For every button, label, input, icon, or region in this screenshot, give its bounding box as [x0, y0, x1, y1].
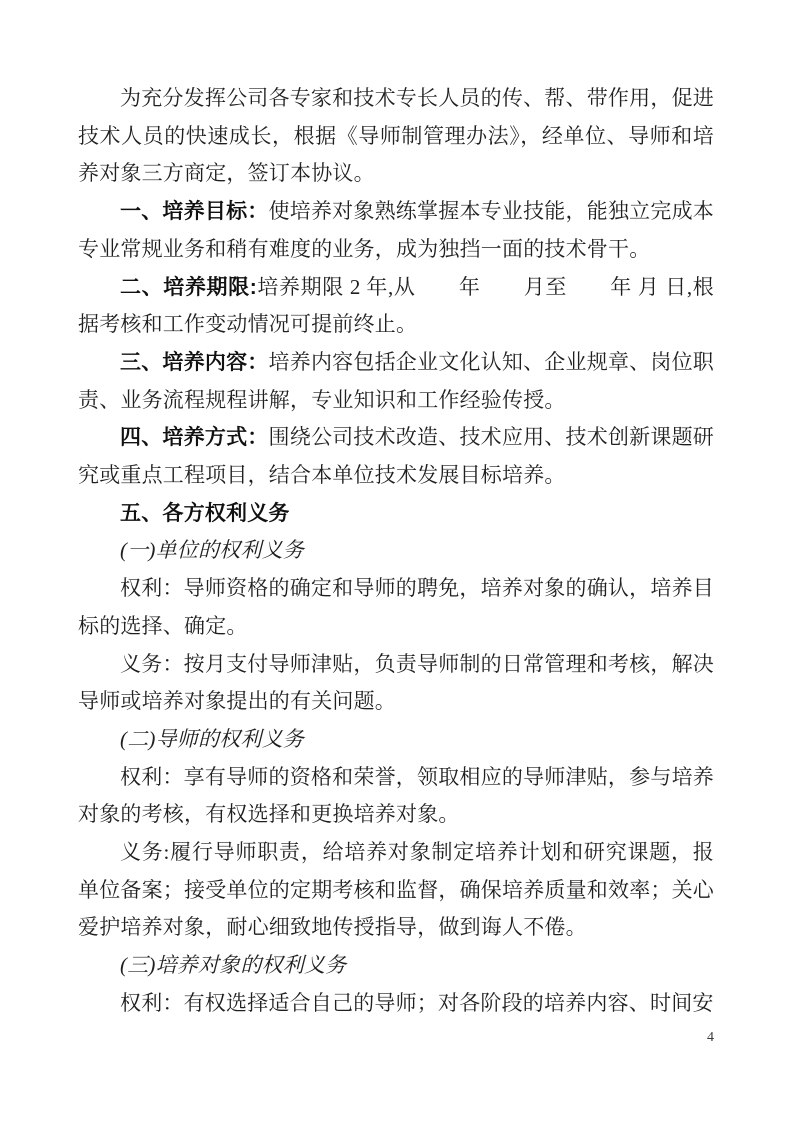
section-training-period: 二、培养期限:培养期限 2 年,从 年 月至 年 月 日,根据考核和工作变动情况… — [78, 269, 714, 344]
subsection-mentor-rights: (二)导师的权利义务 — [78, 721, 714, 759]
section-heading: 二、培养期限: — [120, 276, 257, 299]
document-body: 为充分发挥公司各专家和技术专长人员的传、帮、带作用，促进技术人员的快速成长，根据… — [78, 80, 714, 1023]
paragraph-text: 义务：按月支付导师津贴，负责导师制的日常管理和考核，解决导师或培养对象提出的有关… — [78, 652, 714, 714]
page-number: 4 — [78, 1030, 714, 1046]
paragraph-preamble: 为充分发挥公司各专家和技术专长人员的传、帮、带作用，促进技术人员的快速成长，根据… — [78, 80, 714, 193]
section-rights-obligations: 五、各方权利义务 — [78, 495, 714, 533]
section-training-content: 三、培养内容：培养内容包括企业文化认知、企业规章、岗位职责、业务流程规程讲解，专… — [78, 344, 714, 419]
section-training-goal: 一、培养目标：使培养对象熟练掌握本专业技能，能独立完成本专业常规业务和稍有难度的… — [78, 193, 714, 268]
section-heading: 三、培养内容： — [120, 351, 269, 374]
document-page: 为充分发挥公司各专家和技术专长人员的传、帮、带作用，促进技术人员的快速成长，根据… — [0, 0, 793, 1122]
paragraph-unit-rights: 权利：导师资格的确定和导师的聘免，培养对象的确认，培养目标的选择、确定。 — [78, 570, 714, 645]
paragraph-mentor-rights: 权利：享有导师的资格和荣誉，领取相应的导师津贴，参与培养对象的考核，有权选择和更… — [78, 759, 714, 834]
section-heading: 一、培养目标： — [120, 200, 269, 223]
section-heading: 四、培养方式： — [120, 426, 269, 449]
paragraph-text: 义务:履行导师职责，给培养对象制定培养计划和研究课题，报单位备案；接受单位的定期… — [78, 840, 714, 939]
paragraph-trainee-rights: 权利：有权选择适合自己的导师；对各阶段的培养内容、时间安 — [78, 985, 714, 1023]
paragraph-mentor-obligations: 义务:履行导师职责，给培养对象制定培养计划和研究课题，报单位备案；接受单位的定期… — [78, 834, 714, 947]
subsection-heading: (二)导师的权利义务 — [120, 727, 304, 751]
paragraph-text: 权利：有权选择适合自己的导师；对各阶段的培养内容、时间安 — [120, 991, 714, 1015]
section-training-method: 四、培养方式：围绕公司技术改造、技术应用、技术创新课题研究或重点工程项目，结合本… — [78, 419, 714, 494]
section-heading: 五、各方权利义务 — [120, 502, 290, 525]
paragraph-text: 为充分发挥公司各专家和技术专长人员的传、帮、带作用，促进技术人员的快速成长，根据… — [78, 86, 714, 185]
subsection-heading: (一)单位的权利义务 — [120, 538, 304, 562]
paragraph-unit-obligations: 义务：按月支付导师津贴，负责导师制的日常管理和考核，解决导师或培养对象提出的有关… — [78, 646, 714, 721]
subsection-unit-rights: (一)单位的权利义务 — [78, 532, 714, 570]
subsection-heading: (三)培养对象的权利义务 — [120, 953, 346, 977]
paragraph-text: 权利：享有导师的资格和荣誉，领取相应的导师津贴，参与培养对象的考核，有权选择和更… — [78, 765, 714, 827]
subsection-trainee-rights: (三)培养对象的权利义务 — [78, 947, 714, 985]
paragraph-text: 权利：导师资格的确定和导师的聘免，培养对象的确认，培养目标的选择、确定。 — [78, 576, 714, 638]
